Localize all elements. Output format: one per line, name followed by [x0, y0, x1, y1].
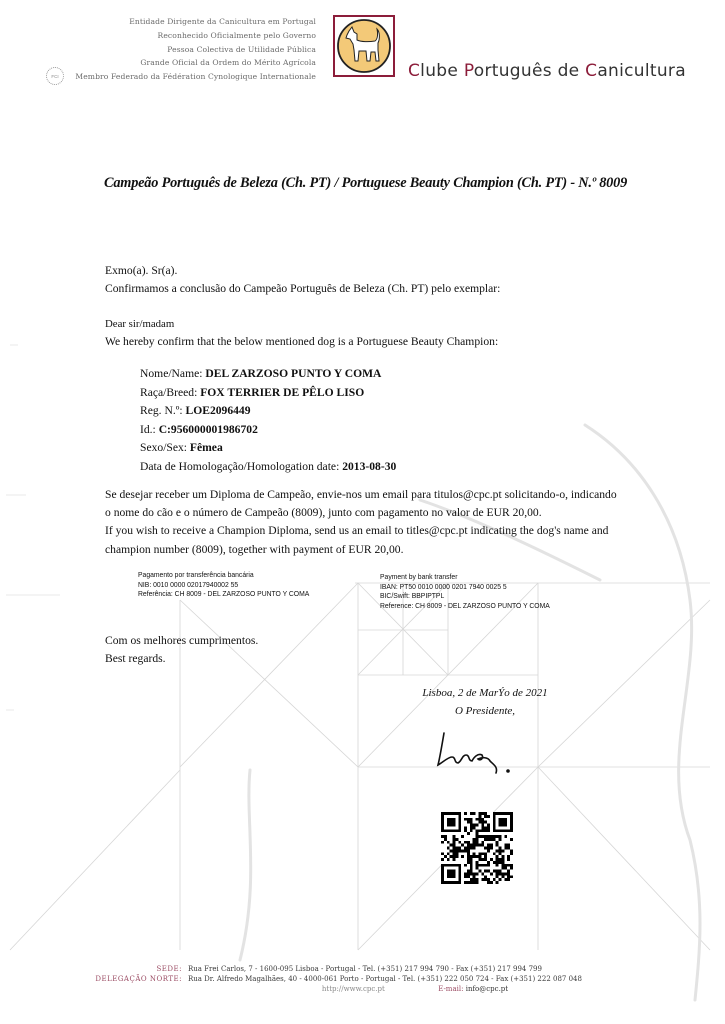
dog-id-label: Id.:: [140, 423, 159, 436]
signature-icon: [432, 727, 532, 777]
footer-email-label: E-mail:: [438, 985, 463, 993]
footer-website-link[interactable]: http://www.cpc.pt: [322, 985, 385, 993]
greeting-pt: Exmo(a). Sr(a).: [105, 262, 500, 280]
diploma-pt-line: Se desejar receber um Diploma de Campeão…: [105, 486, 685, 504]
dog-name-value: DEL ZARZOSO PUNTO Y COMA: [205, 367, 381, 380]
payment-pt: Pagamento por transferência bancária NIB…: [138, 570, 309, 599]
closing-en: Best regards.: [105, 650, 258, 668]
dog-reg-label: Reg. N.º:: [140, 404, 185, 417]
dog-breed-value: FOX TERRIER DE PÊLO LISO: [200, 386, 364, 399]
footer-norte-address: Rua Dr. Alfredo Magalhães, 40 - 4000-061…: [188, 975, 700, 985]
dog-details: Nome/Name: DEL ZARZOSO PUNTO Y COMA Raça…: [140, 365, 396, 476]
footer-norte-label: DELEGAÇÃO NORTE:: [60, 975, 188, 985]
footer-email-link[interactable]: info@cpc.pt: [466, 985, 508, 993]
dog-breed-label: Raça/Breed:: [140, 386, 200, 399]
closing: Com os melhores cumprimentos. Best regar…: [105, 632, 258, 668]
diploma-info: Se desejar receber um Diploma de Campeão…: [105, 486, 685, 559]
club-name-text: Clube Português de Canicultura: [408, 61, 686, 81]
signature-block: Lisboa, 2 de MarÝo de 2021 O Presidente,: [380, 684, 590, 720]
footer-norte-row: DELEGAÇÃO NORTE: Rua Dr. Alfredo Magalhã…: [60, 975, 700, 985]
header-credentials: Entidade Dirigente da Canicultura em Por…: [40, 15, 316, 84]
diploma-en-line: If you wish to receive a Champion Diplom…: [105, 522, 685, 540]
fci-logo-text: FCI: [51, 74, 58, 79]
greeting-en: Dear sir/madam: [105, 315, 498, 333]
payment-pt-nib: NIB: 0010 0000 02017940002 55: [138, 580, 309, 590]
dog-silhouette-icon: [335, 17, 393, 75]
dog-name-label: Nome/Name:: [140, 367, 205, 380]
dog-date-value: 2013-08-30: [342, 460, 396, 473]
signatory: O Presidente,: [380, 702, 590, 720]
dog-name-row: Nome/Name: DEL ZARZOSO PUNTO Y COMA: [140, 365, 396, 384]
header-line: Reconhecido Oficialmente pelo Governo: [40, 29, 316, 43]
payment-en-bic: BIC/Swift: BBPIPTPL: [380, 591, 550, 601]
club-name: Clube Português de Canicultura: [408, 61, 686, 81]
greeting-en-block: Dear sir/madam We hereby confirm that th…: [105, 315, 498, 351]
footer-sede-row: SEDE: Rua Frei Carlos, 7 - 1600-095 Lisb…: [60, 965, 700, 975]
payment-en-reference: Reference: CH 8009 - DEL ZARZOSO PUNTO Y…: [380, 601, 550, 611]
dog-breed-row: Raça/Breed: FOX TERRIER DE PÊLO LISO: [140, 384, 396, 403]
footer-sede-address: Rua Frei Carlos, 7 - 1600-095 Lisboa - P…: [188, 965, 700, 975]
header-line: Membro Federado da Fédération Cynologiqu…: [40, 70, 316, 84]
dog-sex-row: Sexo/Sex: Fêmea: [140, 439, 396, 458]
header-line: Grande Oficial da Ordem do Mérito Agríco…: [40, 56, 316, 70]
footer: SEDE: Rua Frei Carlos, 7 - 1600-095 Lisb…: [60, 965, 700, 994]
document-title: Campeão Português de Beleza (Ch. PT) / P…: [104, 175, 627, 192]
dog-id-row: Id.: C:956000001986702: [140, 421, 396, 440]
closing-pt: Com os melhores cumprimentos.: [105, 632, 258, 650]
body-en: We hereby confirm that the below mention…: [105, 333, 498, 351]
fci-logo-icon: FCI: [46, 67, 64, 85]
greeting-pt-block: Exmo(a). Sr(a). Confirmamos a conclusão …: [105, 262, 500, 298]
club-logo: [333, 15, 395, 77]
dog-date-row: Data de Homologação/Homologation date: 2…: [140, 458, 396, 477]
body-pt: Confirmamos a conclusão do Campeão Portu…: [105, 280, 500, 298]
diploma-pt-line: o nome do cão e o número de Campeão (800…: [105, 504, 685, 522]
payment-pt-reference: Referência: CH 8009 - DEL ZARZOSO PUNTO …: [138, 589, 309, 599]
dog-reg-row: Reg. N.º: LOE2096449: [140, 402, 396, 421]
qr-code-icon: [441, 812, 513, 884]
dog-sex-label: Sexo/Sex:: [140, 441, 190, 454]
payment-en-heading: Payment by bank transfer: [380, 572, 550, 582]
diploma-en-line: champion number (8009), together with pa…: [105, 541, 685, 559]
header-line: Entidade Dirigente da Canicultura em Por…: [40, 15, 316, 29]
dog-reg-value: LOE2096449: [185, 404, 250, 417]
payment-pt-heading: Pagamento por transferência bancária: [138, 570, 309, 580]
dog-date-label: Data de Homologação/Homologation date:: [140, 460, 342, 473]
payment-en: Payment by bank transfer IBAN: PT50 0010…: [380, 572, 550, 610]
header-line: Pessoa Colectiva de Utilidade Pública: [40, 43, 316, 57]
dog-id-value: C:956000001986702: [159, 423, 258, 436]
footer-contact-row: http://www.cpc.pt E-mail: info@cpc.pt: [60, 985, 700, 995]
dog-sex-value: Fêmea: [190, 441, 223, 454]
footer-sede-label: SEDE:: [60, 965, 188, 975]
place-date: Lisboa, 2 de MarÝo de 2021: [380, 684, 590, 702]
payment-en-iban: IBAN: PT50 0010 0000 0201 7940 0025 5: [380, 582, 550, 592]
